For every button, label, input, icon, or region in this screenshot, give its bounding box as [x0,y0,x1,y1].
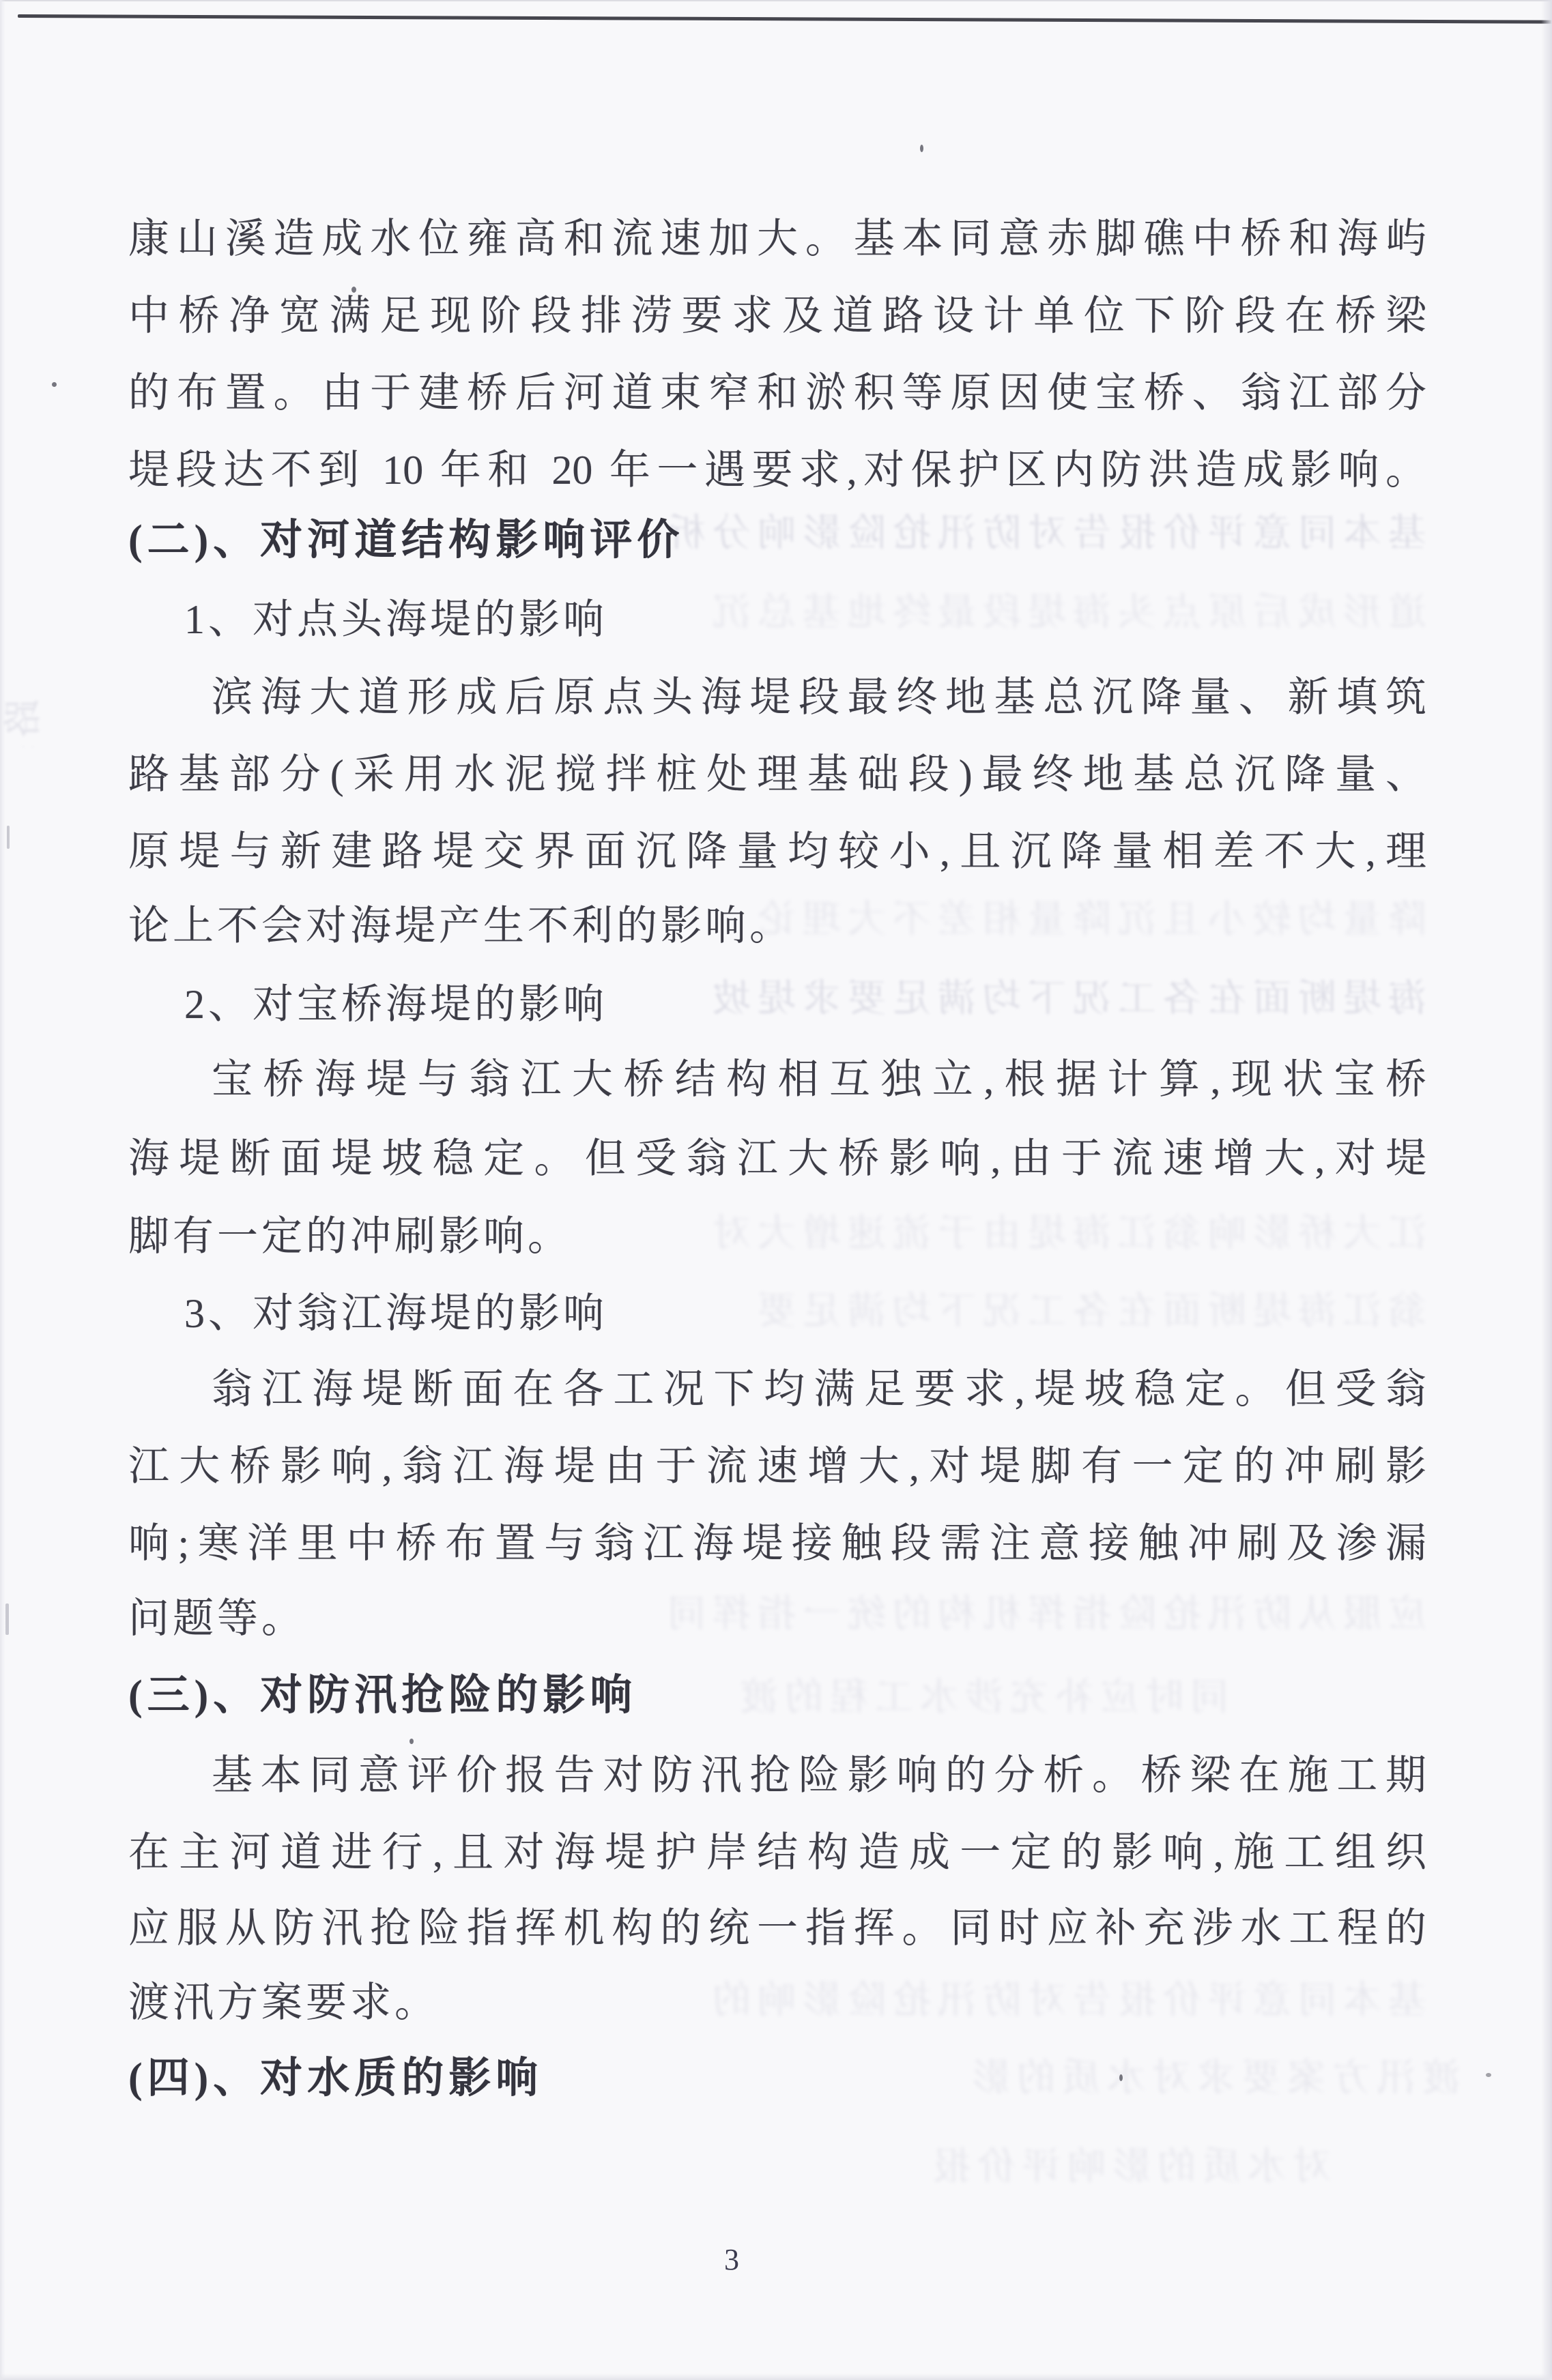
scan-artifact-dot [409,1739,414,1744]
text-line: 脚有一定的冲刷影响。 [128,1206,1426,1266]
text-line: 响;寒洋里中桥布置与翁江海堤接触段需注意接触冲刷及渗漏 [128,1513,1426,1573]
sub-heading: 1、对点头海堤的影响 [128,590,1482,650]
scan-artifact-dash [5,1603,9,1635]
bleed-through-artifact: 对水质的影响评价报 [648,2140,1331,2194]
scan-edge-bottom [0,2373,1552,2380]
text-line: 堤段达不到 10 年和 20 年一遇要求,对保护区内防洪造成影响。 [128,440,1426,500]
section-heading: (三)、对防汛抢险的影响 [128,1666,1426,1726]
text-line: 基本同意评价报告对防汛抢险影响的分析。桥梁在施工期 [128,1745,1426,1805]
text-line: 中桥净宽满足现阶段排涝要求及道路设计单位下阶段在桥梁 [128,286,1426,346]
scan-artifact-dot [1486,2073,1491,2077]
section-heading: (二)、对河道结构影响评价 [128,510,1426,570]
text-line: 江大桥影响,翁江海堤由于流速增大,对堤脚有一定的冲刷影 [128,1436,1426,1496]
scan-artifact-dot [920,145,923,152]
scan-artifact-dot [52,382,57,387]
text-line: 的布置。由于建桥后河道束窄和淤积等原因使宝桥、翁江部分 [128,363,1426,423]
text-line: 渡汛方案要求。 [128,1973,1426,2033]
text-line: 康山溪造成水位雍高和流速加大。基本同意赤脚礁中桥和海屿 [128,209,1426,269]
scan-artifact-dot [1119,2074,1123,2081]
section-heading: (四)、对水质的影响 [128,2048,1426,2108]
text-line: 翁江海堤断面在各工况下均满足要求,堤坡稳定。但受翁 [128,1359,1426,1419]
scan-edge-right [1541,0,1552,2380]
text-line: 原堤与新建路堤交界面沉降量均较小,且沉降量相差不大,理 [128,822,1426,882]
text-line: 滨海大道形成后原点头海堤段最终地基总沉降量、新填筑 [128,667,1426,727]
text-line: 海堤断面堤坡稳定。但受翁江大桥影响,由于流速增大,对堤 [128,1129,1426,1189]
bleed-through-artifact: 路基 [0,699,102,747]
scan-artifact-dot [351,287,356,293]
text-line: 在主河道进行,且对海堤护岸结构造成一定的影响,施工组织 [128,1823,1426,1883]
scan-top-edge-line [18,14,1552,24]
text-line: 问题等。 [128,1588,1426,1649]
text-line: 路基部分(采用水泥搅拌桩处理基础段)最终地基总沉降量、 [128,744,1426,804]
scan-artifact-dash [7,826,10,849]
text-line: 论上不会对海堤产生不利的影响。 [128,896,1426,956]
sub-heading: 3、对翁江海堤的影响 [128,1283,1482,1344]
page-number: 3 [691,2242,773,2277]
sub-heading: 2、对宝桥海堤的影响 [128,974,1482,1034]
text-line: 应服从防汛抢险指挥机构的统一指挥。同时应补充涉水工程的 [128,1898,1426,1958]
scan-edge-left [0,0,5,2380]
scanned-page: 基本同意评价报告对防汛抢险影响分析 道形成后原点头海堤段最终地基总沉 降量均较小… [0,0,1552,2380]
text-line: 宝桥海堤与翁江大桥结构相互独立,根据计算,现状宝桥 [128,1049,1426,1109]
